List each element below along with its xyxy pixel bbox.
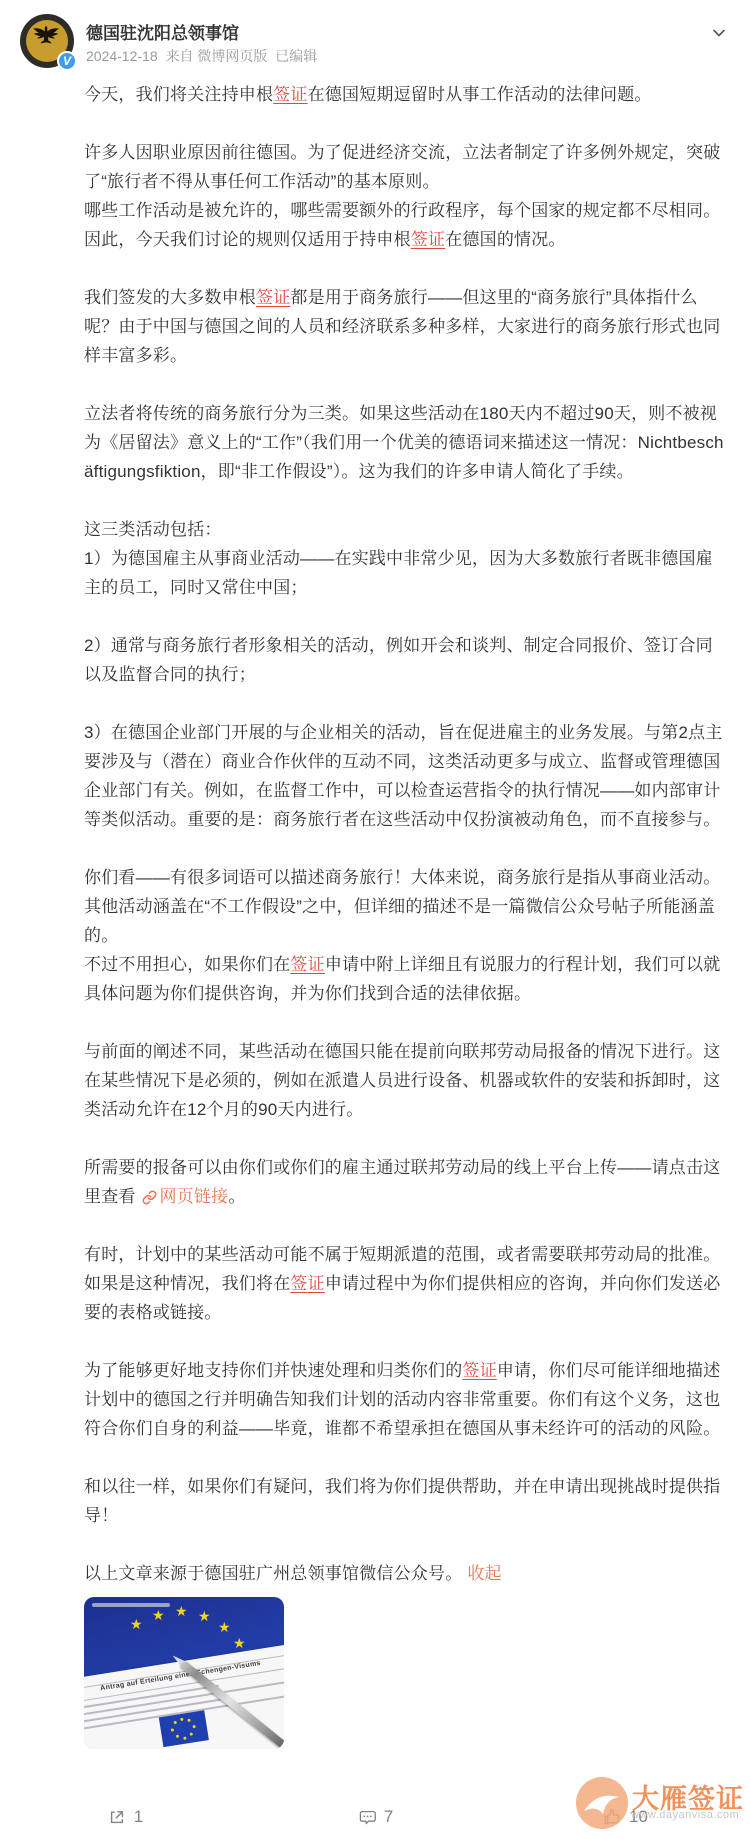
visa-keyword-link[interactable]: 签证	[290, 955, 324, 974]
eu-star-icon: ★	[130, 1617, 143, 1631]
paragraph: 2）通常与商务旅行者形象相关的活动，例如开会和谈判、制定合同报价、签订合同以及监…	[84, 631, 728, 689]
post-source[interactable]: 来自 微博网页版	[166, 48, 268, 64]
post-date: 2024-12-18	[86, 48, 158, 64]
visa-keyword-link[interactable]: 签证	[462, 1361, 496, 1380]
paragraph: 以上文章来源于德国驻广州总领事馆微信公众号。 收起	[84, 1559, 728, 1588]
paragraph: 1）为德国雇主从事商业活动——在实践中非常少见，因为大多数旅行者既非德国雇主的员…	[84, 544, 728, 602]
text-run: 在德国短期逗留时从事工作活动的法律问题。	[308, 85, 652, 104]
eu-star-icon: ★	[198, 1609, 211, 1623]
paragraph-gap	[84, 1443, 728, 1472]
eu-star-icon: ★	[175, 1604, 188, 1618]
share-icon	[107, 1807, 127, 1827]
thumbs-up-icon	[602, 1807, 622, 1827]
text-run: 这三类活动包括：	[84, 520, 222, 539]
like-count: 10	[629, 1807, 648, 1827]
post-image[interactable]: ★ ★ ★ ★ ★ ★ ★ Antrag auf Erteilung eines…	[84, 1597, 284, 1749]
paragraph: 不过不用担心，如果你们在签证申请中附上详细且有说服力的行程计划，我们可以就具体问…	[84, 950, 728, 1008]
paragraph-gap	[84, 486, 728, 515]
share-button[interactable]: 1	[0, 1799, 250, 1835]
paragraph-gap	[84, 834, 728, 863]
link-icon	[142, 1190, 157, 1205]
paragraph: 你们看——有很多词语可以描述商务旅行！大体来说，商务旅行是指从事商业活动。其他活…	[84, 863, 728, 950]
paragraph-gap	[84, 1211, 728, 1240]
paragraph: 许多人因职业原因前往德国。为了促进经济交流，立法者制定了许多例外规定，突破了“旅…	[84, 138, 728, 196]
comment-count: 7	[384, 1807, 393, 1827]
paragraph-gap	[84, 254, 728, 283]
paragraph-gap	[84, 1008, 728, 1037]
comment-button[interactable]: 7	[250, 1799, 500, 1835]
paragraph-gap	[84, 1530, 728, 1559]
post-header: V 德国驻沈阳总领事馆 2024-12-18 来自 微博网页版 已编辑	[0, 0, 750, 80]
paragraph: 哪些工作活动是被允许的，哪些需要额外的行政程序，每个国家的规定都不尽相同。因此，…	[84, 196, 728, 254]
text-run: 3）在德国企业部门开展的与企业相关的活动，旨在促进雇主的业务发展。与第2点主要涉…	[84, 723, 723, 829]
text-run: 。	[228, 1187, 245, 1206]
eagle-icon	[31, 24, 63, 58]
text-run: 哪些工作活动是被允许的，哪些需要额外的行政程序，每个国家的规定都不尽相同。因此，…	[84, 201, 720, 249]
paragraph: 为了能够更好地支持你们并快速处理和归类你们的签证申请，你们尽可能详细地描述计划中…	[84, 1356, 728, 1443]
text-run: 不过不用担心，如果你们在	[84, 955, 290, 974]
visa-keyword-link[interactable]: 签证	[256, 288, 290, 307]
paragraph: 所需要的报备可以由你们或你们的雇主通过联邦劳动局的线上平台上传——请点击这里查看…	[84, 1153, 728, 1211]
eu-star-icon: ★	[152, 1608, 165, 1622]
text-run: 今天，我们将关注持申根	[84, 85, 273, 104]
weibo-post: V 德国驻沈阳总领事馆 2024-12-18 来自 微博网页版 已编辑 今天，我…	[0, 0, 750, 1839]
action-bar: 1 7 10	[0, 1799, 750, 1835]
paragraph: 与前面的阐述不同，某些活动在德国只能在提前向联邦劳动局报备的情况下进行。这在某些…	[84, 1037, 728, 1124]
author-name[interactable]: 德国驻沈阳总领事馆	[86, 19, 239, 44]
verified-badge: V	[57, 51, 77, 71]
eu-star-icon: ★	[233, 1636, 246, 1650]
web-link[interactable]: 网页链接	[141, 1187, 229, 1206]
text-run: 与前面的阐述不同，某些活动在德国只能在提前向联邦劳动局报备的情况下进行。这在某些…	[84, 1042, 720, 1119]
schengen-form-paper: Antrag auf Erteilung eines Schengen-Visu…	[84, 1642, 284, 1749]
paragraph-gap	[84, 689, 728, 718]
paragraph: 这三类活动包括：	[84, 515, 728, 544]
paragraph-gap	[84, 109, 728, 138]
paragraph-gap	[84, 602, 728, 631]
avatar[interactable]: V	[20, 14, 74, 68]
share-count: 1	[134, 1807, 143, 1827]
paragraph-gap	[84, 370, 728, 399]
text-run: 在德国的情况。	[445, 230, 565, 249]
eu-flag-icon	[159, 1710, 209, 1747]
text-run: 你们看——有很多词语可以描述商务旅行！大体来说，商务旅行是指从事商业活动。其他活…	[84, 868, 720, 945]
paragraph: 今天，我们将关注持申根签证在德国短期逗留时从事工作活动的法律问题。	[84, 80, 728, 109]
post-edited-flag: 已编辑	[275, 48, 317, 64]
text-run: 为了能够更好地支持你们并快速处理和归类你们的	[84, 1361, 462, 1380]
visa-keyword-link[interactable]: 签证	[411, 230, 445, 249]
comment-icon	[357, 1807, 377, 1827]
text-run: 2）通常与商务旅行者形象相关的活动，例如开会和谈判、制定合同报价、签订合同以及监…	[84, 636, 713, 684]
text-run: 许多人因职业原因前往德国。为了促进经济交流，立法者制定了许多例外规定，突破了“旅…	[84, 143, 720, 191]
text-run: 和以往一样，如果你们有疑问，我们将为你们提供帮助，并在申请出现挑战时提供指导！	[84, 1477, 720, 1525]
paragraph-gap	[84, 1124, 728, 1153]
paragraph: 我们签发的大多数申根签证都是用于商务旅行——但这里的“商务旅行”具体指什么呢？由…	[84, 283, 728, 370]
paragraph: 3）在德国企业部门开展的与企业相关的活动，旨在促进雇主的业务发展。与第2点主要涉…	[84, 718, 728, 834]
paragraph: 和以往一样，如果你们有疑问，我们将为你们提供帮助，并在申请出现挑战时提供指导！	[84, 1472, 728, 1530]
like-button[interactable]: 10	[500, 1799, 750, 1835]
paragraph: 立法者将传统的商务旅行分为三类。如果这些活动在180天内不超过90天，则不被视为…	[84, 399, 728, 486]
eu-star-icon: ★	[218, 1620, 231, 1634]
post-text: 今天，我们将关注持申根签证在德国短期逗留时从事工作活动的法律问题。许多人因职业原…	[84, 80, 728, 1588]
collapse-link[interactable]: 收起	[467, 1564, 501, 1583]
visa-keyword-link[interactable]: 签证	[273, 85, 307, 104]
text-run: 以上文章来源于德国驻广州总领事馆微信公众号。	[84, 1564, 467, 1583]
text-run: 我们签发的大多数申根	[84, 288, 256, 307]
text-run: 1）为德国雇主从事商业活动——在实践中非常少见，因为大多数旅行者既非德国雇主的员…	[84, 549, 713, 597]
visa-keyword-link[interactable]: 签证	[290, 1274, 324, 1293]
paragraph-gap	[84, 1327, 728, 1356]
post-body: 今天，我们将关注持申根签证在德国短期逗留时从事工作活动的法律问题。许多人因职业原…	[84, 80, 728, 1749]
chevron-down-icon[interactable]	[710, 24, 728, 42]
paragraph: 有时，计划中的某些活动可能不属于短期派遣的范围，或者需要联邦劳动局的批准。如果是…	[84, 1240, 728, 1327]
text-run: 立法者将传统的商务旅行分为三类。如果这些活动在180天内不超过90天，则不被视为…	[84, 404, 724, 481]
post-meta: 2024-12-18 来自 微博网页版 已编辑	[86, 46, 321, 66]
